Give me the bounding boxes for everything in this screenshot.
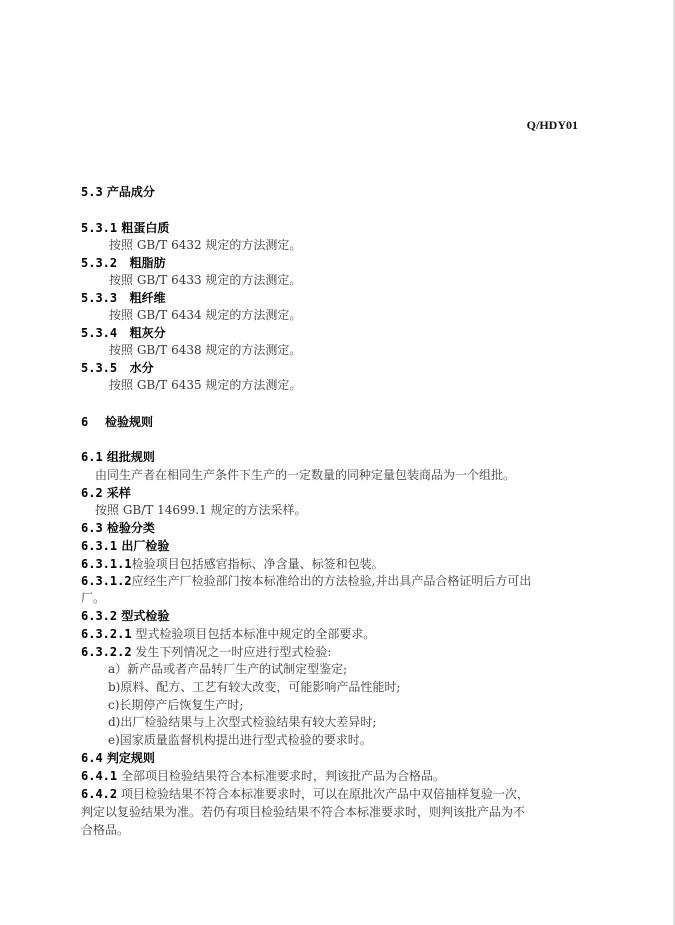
condition-c: c)长期停产后恢复生产时;	[108, 697, 243, 713]
section-6-3-2-heading: 6.3.2 型式检验	[81, 608, 169, 624]
section-number: 6.4	[81, 751, 103, 765]
section-6-4-heading: 6.4 判定规则	[81, 750, 155, 766]
section-6-1-text: 由同生产者在相同生产条件下生产的一定数量的同种定量包装商品为一个组批。	[95, 467, 515, 483]
clause-6-3-2-2: 6.3.2.2 发生下列情况之一时应进行型式检验:	[81, 644, 331, 660]
clause-text: 全部项目检验结果符合本标准要求时，判该批产品为合格品。	[121, 769, 445, 783]
item-5-3-4-text: 按照 GB/T 6438 规定的方法测定。	[109, 342, 301, 358]
item-title: 粗蛋白质	[121, 221, 169, 235]
section-number: 5.3	[81, 185, 103, 199]
clause-number: 6.4.2	[81, 787, 117, 801]
item-5-3-5-heading: 5.3.5 水分	[81, 360, 154, 376]
item-5-3-4-heading: 5.3.4 粗灰分	[81, 325, 166, 341]
item-number: 5.3.4	[81, 326, 117, 340]
item-5-3-1-heading: 5.3.1 粗蛋白质	[81, 220, 169, 236]
clause-6-4-2-continued-2: 合格品。	[81, 822, 129, 838]
item-title: 粗灰分	[130, 326, 166, 340]
item-title: 粗纤维	[130, 291, 166, 305]
section-number: 6.3.2	[81, 609, 117, 623]
clause-text: 检验项目包括感官指标、净含量、标签和包装。	[132, 557, 384, 571]
item-title: 水分	[130, 361, 154, 375]
section-title: 组批规则	[107, 450, 155, 464]
section-6-3-heading: 6.3 检验分类	[81, 520, 155, 536]
section-title: 检验规则	[105, 415, 153, 429]
item-number: 5.3.5	[81, 361, 117, 375]
condition-a: a）新产品或者产品转厂生产的试制定型鉴定;	[108, 661, 347, 677]
item-number: 5.3.3	[81, 291, 117, 305]
item-5-3-3-text: 按照 GB/T 6434 规定的方法测定。	[109, 307, 301, 323]
section-number: 6	[81, 415, 88, 429]
condition-b: b)原料、配方、工艺有较大改变，可能影响产品性能时;	[108, 679, 400, 695]
clause-text: 应经生产厂检验部门按本标准给出的方法检验,并出具产品合格证明后方可出	[132, 574, 532, 588]
section-title: 检验分类	[107, 521, 155, 535]
clause-6-3-2-1: 6.3.2.1 型式检验项目包括本标准中规定的全部要求。	[81, 626, 375, 642]
clause-6-3-1-1: 6.3.1.1检验项目包括感官指标、净含量、标签和包装。	[81, 556, 384, 572]
section-title: 产品成分	[107, 185, 155, 199]
clause-number: 6.3.2.2	[81, 645, 132, 659]
clause-6-4-1: 6.4.1 全部项目检验结果符合本标准要求时，判该批产品为合格品。	[81, 768, 445, 784]
clause-6-3-1-2-continued: 厂。	[81, 590, 105, 606]
section-6-heading: 6 检验规则	[81, 414, 153, 430]
item-5-3-1-text: 按照 GB/T 6432 规定的方法测定。	[109, 237, 301, 253]
item-5-3-2-heading: 5.3.2 粗脂肪	[81, 255, 166, 271]
clause-number: 6.4.1	[81, 769, 117, 783]
section-number: 6.3	[81, 521, 103, 535]
clause-number: 6.3.2.1	[81, 627, 132, 641]
section-number: 6.2	[81, 486, 103, 500]
document-code: Q/HDY01	[510, 118, 578, 133]
item-5-3-2-text: 按照 GB/T 6433 规定的方法测定。	[109, 272, 301, 288]
item-5-3-5-text: 按照 GB/T 6435 规定的方法测定。	[109, 377, 301, 393]
section-title: 出厂检验	[121, 539, 169, 553]
section-title: 型式检验	[121, 609, 169, 623]
item-number: 5.3.2	[81, 256, 117, 270]
item-5-3-3-heading: 5.3.3 粗纤维	[81, 290, 166, 306]
section-6-2-heading: 6.2 采样	[81, 485, 131, 501]
section-5-3-heading: 5.3 产品成分	[81, 184, 155, 200]
clause-text: 型式检验项目包括本标准中规定的全部要求。	[135, 627, 375, 641]
clause-6-4-2: 6.4.2 项目检验结果不符合本标准要求时，可以在原批次产品中双倍抽样复验一次，	[81, 786, 529, 802]
clause-number: 6.3.1.2	[81, 574, 132, 588]
section-6-2-text: 按照 GB/T 14699.1 规定的方法采样。	[95, 502, 307, 518]
clause-6-4-2-continued-1: 判定以复验结果为准。若仍有项目检验结果不符合本标准要求时，则判该批产品为不	[81, 804, 525, 820]
clause-number: 6.3.1.1	[81, 557, 132, 571]
condition-d: d)出厂检验结果与上次型式检验结果有较大差异时;	[108, 714, 376, 730]
item-title: 粗脂肪	[130, 256, 166, 270]
section-title: 判定规则	[107, 751, 155, 765]
section-number: 6.1	[81, 450, 103, 464]
section-6-3-1-heading: 6.3.1 出厂检验	[81, 538, 169, 554]
section-number: 6.3.1	[81, 539, 117, 553]
clause-text: 发生下列情况之一时应进行型式检验:	[135, 645, 331, 659]
clause-6-3-1-2: 6.3.1.2应经生产厂检验部门按本标准给出的方法检验,并出具产品合格证明后方可…	[81, 573, 531, 589]
clause-text: 项目检验结果不符合本标准要求时，可以在原批次产品中双倍抽样复验一次，	[121, 787, 529, 801]
section-title: 采样	[107, 486, 131, 500]
condition-e: e)国家质量监督机构提出进行型式检验的要求时。	[108, 732, 372, 748]
section-6-1-heading: 6.1 组批规则	[81, 449, 155, 465]
item-number: 5.3.1	[81, 221, 117, 235]
